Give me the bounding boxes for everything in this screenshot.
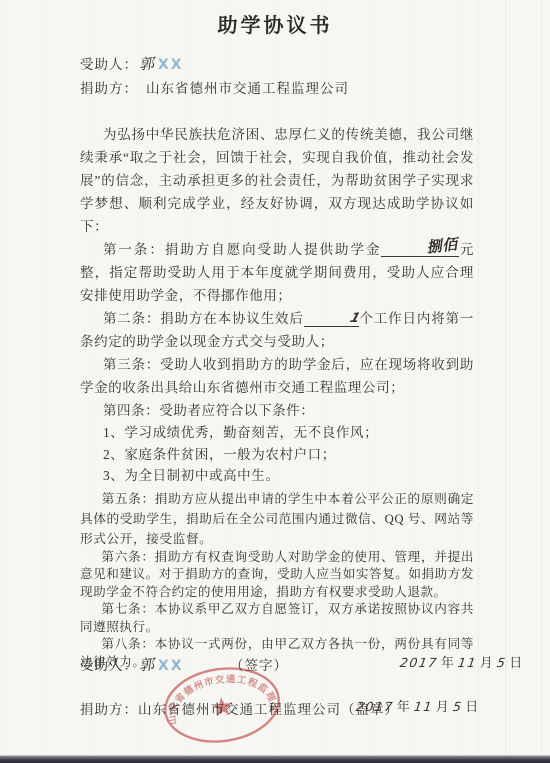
article-1: 第一条：捐助方自愿向受助人提供助学金捌佰元整，指定帮助受助人用于本年度就学期间费… xyxy=(0,238,550,307)
recipient-name-handwritten: 郭 xyxy=(138,53,155,74)
signature-donor: 捐助方：山东省德州市交通工程监理公司（盖章） xyxy=(80,698,399,718)
recipient-label: 受助人： xyxy=(80,57,138,72)
amount-handwritten: 捌佰 xyxy=(404,238,459,256)
document-title: 助学协议书 xyxy=(0,12,550,40)
donor-line: 捐助方：山东省德州市交通工程监理公司 xyxy=(0,79,550,99)
days-blank: 1 xyxy=(304,313,360,327)
signature-donor-name: 山东省德州市交通工程监理公司 xyxy=(138,702,341,717)
signature-recipient-name-handwritten: 郭 xyxy=(138,653,155,675)
month-label: 月 xyxy=(480,655,494,670)
scanned-document: 助学协议书 受助人：郭XX 捐助方：山东省德州市交通工程监理公司 为弘扬中华民族… xyxy=(0,0,550,763)
article-2: 第二条：捐助方在本协议生效后1个工作日内将第一条约定的助学金以现金方式交与受助人… xyxy=(0,307,550,353)
sign-hint: （签字） xyxy=(230,654,288,674)
scan-edge-strip xyxy=(0,755,550,763)
recipient-date-year: 2017 xyxy=(399,655,439,670)
page: { "title": "助学协议书", "parties": { "recipi… xyxy=(0,0,550,763)
recipient-name-masked: XX xyxy=(158,57,184,73)
signature-donor-label: 捐助方： xyxy=(80,702,138,717)
article-6: 第六条：捐助方有权查询受助人对助学金的使用、管理，并提出意见和建议。对于捐助方的… xyxy=(0,549,550,602)
year-label: 年 xyxy=(397,699,411,714)
preamble-paragraph: 为弘扬中华民族扶危济困、忠厚仁义的传统美德，我公司继续秉承“取之于社会，回馈于社… xyxy=(0,123,550,238)
recipient-date-day: 5 xyxy=(496,655,508,670)
signature-area: 受助人：郭XX （签字） 2017年11月5日 捐助方：山东省德州市交通工程监理… xyxy=(0,648,550,738)
donor-date-day: 5 xyxy=(452,699,464,714)
donor-date-year: 2017 xyxy=(355,699,395,714)
article-1-prefix: 第一条：捐助方自愿向受助人提供助学金 xyxy=(103,242,382,257)
article-2-prefix: 第二条：捐助方在本协议生效后 xyxy=(103,311,304,326)
signature-recipient: 受助人：郭XX xyxy=(80,654,184,675)
article-7: 第七条：本协议系甲乙双方自愿签订，双方承诺按照协议内容共同遵照执行。 xyxy=(0,601,550,636)
year-label: 年 xyxy=(441,655,455,670)
day-label: 日 xyxy=(465,699,479,714)
recipient-date-month: 11 xyxy=(457,655,478,670)
article-4-heading: 第四条：受助者应符合以下条件： xyxy=(0,399,550,422)
signature-recipient-label: 受助人： xyxy=(80,658,138,673)
recipient-date: 2017年11月5日 xyxy=(400,652,526,671)
condition-item-3: 3、为全日制初中或高中生。 xyxy=(0,465,550,487)
donor-date: 2017年11月5日 xyxy=(356,696,482,715)
month-label: 月 xyxy=(436,699,450,714)
article-3: 第三条：受助人收到捐助方的助学金后，应在现场将收到助学金的收条出具给山东省德州市… xyxy=(0,353,550,399)
donor-name: 山东省德州市交通工程监理公司 xyxy=(146,81,349,96)
signature-recipient-name-masked: XX xyxy=(158,658,184,674)
donor-label: 捐助方： xyxy=(80,81,138,96)
recipient-line: 受助人：郭XX xyxy=(0,54,550,75)
amount-blank: 捌佰 xyxy=(381,243,458,257)
days-handwritten: 1 xyxy=(325,313,361,325)
donor-date-month: 11 xyxy=(413,699,434,714)
day-label: 日 xyxy=(509,655,523,670)
condition-item-1: 1、学习成绩优秀，勤奋刻苦，无不良作风； xyxy=(0,422,550,444)
article-5: 第五条：捐助方应从提出申请的学生中本着公平公正的原则确定具体的受助学生，捐助后在… xyxy=(0,489,550,549)
condition-item-2: 2、家庭条件贫困，一般为农村户口； xyxy=(0,444,550,466)
